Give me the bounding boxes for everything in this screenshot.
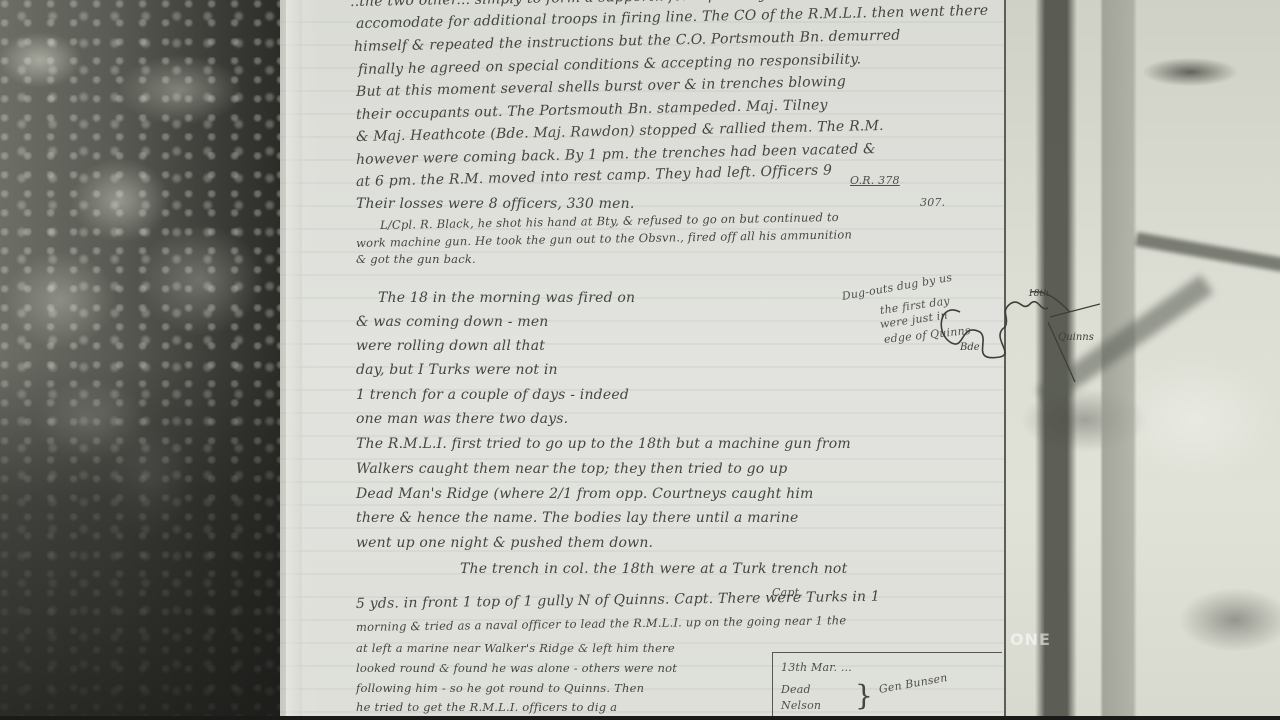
bracket-glyph: } (855, 679, 873, 712)
boxed-note-line: Nelson (781, 699, 821, 712)
diary-line: The 18 in the morning was fired on (378, 290, 635, 306)
diary-line: & was coming down - men (356, 314, 549, 330)
boxed-margin-note: 13th Mar. ... Dead Nelson } Gen Bunsen (772, 652, 1002, 716)
diary-page: ..the two other... simply to form a supp… (280, 0, 1006, 716)
diary-line: The trench in col. the 18th were at a Tu… (460, 561, 847, 577)
boxed-note-bracket-text: Gen Bunsen (878, 671, 949, 696)
diary-line: went up one night & pushed them down. (356, 535, 653, 551)
sketch-label-right: Quinns (1058, 332, 1094, 343)
diary-line: at left a marine near Walker's Ridge & l… (356, 641, 675, 655)
diary-line: 1 trench for a couple of days - indeed (356, 387, 629, 403)
background-photo-left (0, 0, 282, 716)
sketch-label-left: Bde (959, 342, 980, 353)
sketch-label-top: 18th (1028, 289, 1049, 299)
boxed-note-line: 13th Mar. ... (781, 661, 852, 674)
diary-line: Walkers caught them near the top; they t… (356, 461, 787, 477)
diary-line: Dead Man's Ridge (where 2/1 from opp. Co… (356, 486, 814, 502)
channel-logo-watermark: ONE (1010, 630, 1051, 649)
photo-shadow (0, 356, 282, 716)
diary-line: there & hence the name. The bodies lay t… (356, 510, 799, 526)
page-fold (286, 0, 302, 716)
margin-sum: 307. (920, 196, 945, 209)
diary-line: & got the gun back. (356, 252, 476, 266)
photo-beam (1135, 232, 1280, 272)
diary-line: were rolling down all that (356, 338, 545, 354)
diary-line: day, but I Turks were not in (356, 362, 558, 378)
diary-line: he tried to get the R.M.L.I. officers to… (356, 700, 617, 714)
diary-line: following him - so he got round to Quinn… (356, 681, 644, 695)
diary-line: The R.M.L.I. first tried to go up to the… (356, 436, 851, 452)
diary-line: Their losses were 8 officers, 330 men. (356, 196, 634, 212)
diary-line: looked round & found he was alone - othe… (356, 661, 677, 675)
bottom-edge (0, 716, 1280, 720)
margin-tally: O.R. 378 (850, 174, 900, 187)
diary-line: one man was there two days. (356, 411, 568, 427)
boxed-note-line: Dead (781, 683, 811, 696)
